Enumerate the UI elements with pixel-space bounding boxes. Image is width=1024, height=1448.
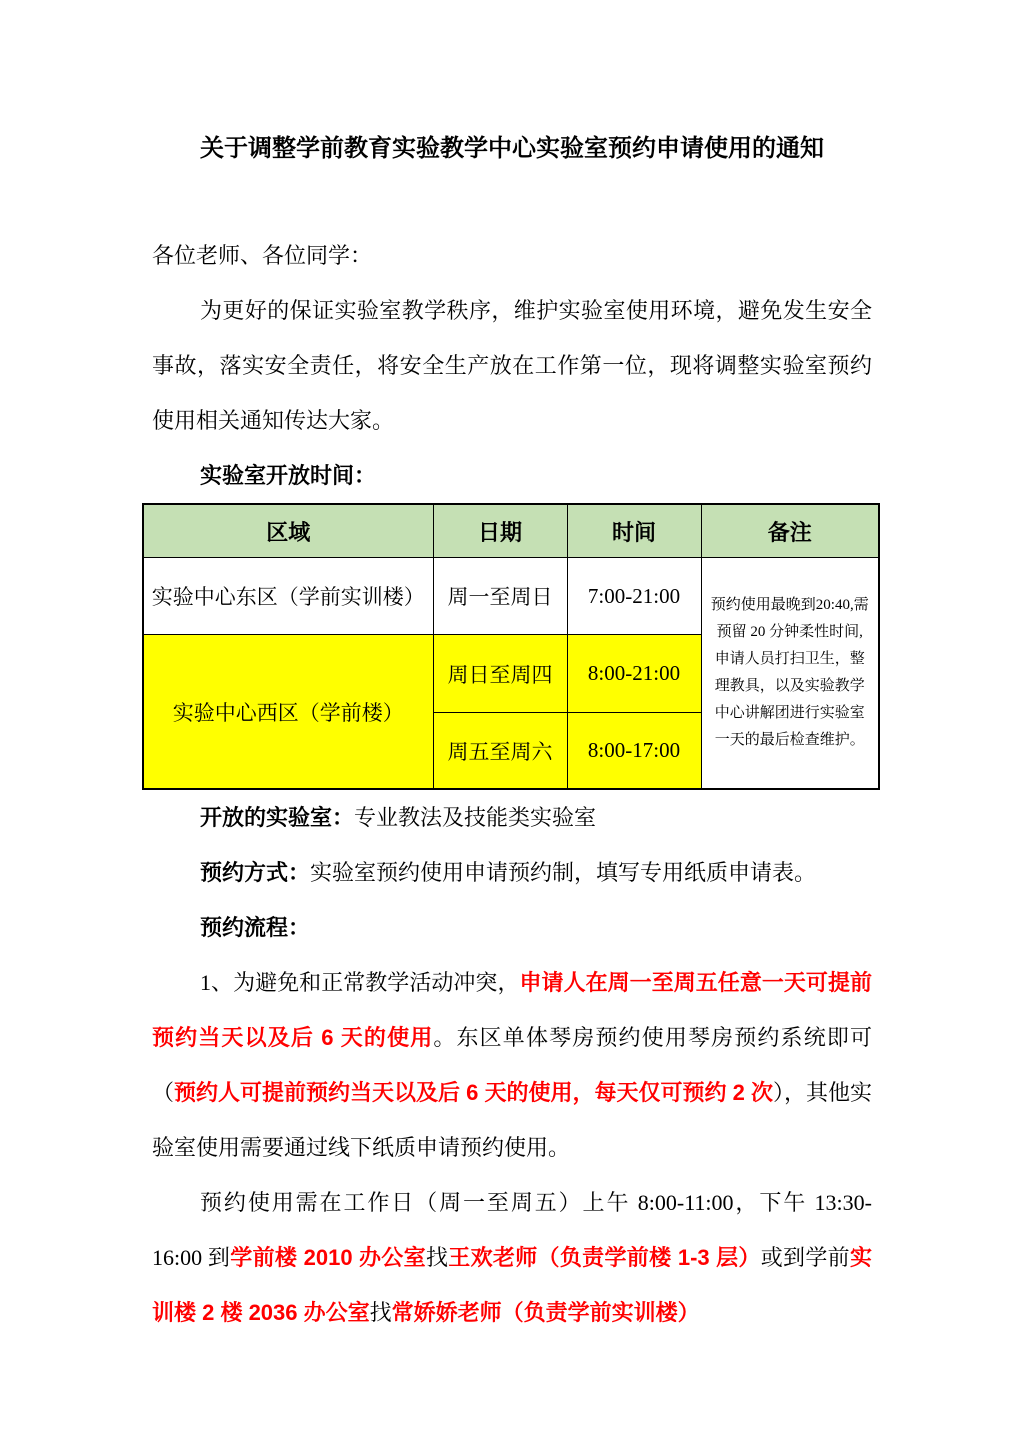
open-labs-label: 开放的实验室：: [200, 805, 354, 830]
intro-paragraph: 为更好的保证实验室教学秩序，维护实验室使用环境，避免发生安全事故，落实安全责任，…: [152, 283, 872, 448]
hours-office-1: 学前楼 2010 办公室: [230, 1245, 426, 1270]
step1-text-1: 1、为避免和正常教学活动冲突，: [200, 970, 520, 995]
header-date: 日期: [433, 504, 567, 558]
step1-highlight-2: 预约人可提前预约当天以及后 6 天的使用，每天仅可预约 2 次: [174, 1080, 773, 1105]
greeting: 各位老师、各位同学：: [152, 228, 872, 283]
east-region-cell: 实验中心东区（学前实训楼）: [143, 558, 433, 635]
document-page: 关于调整学前教育实验教学中心实验室预约申请使用的通知 各位老师、各位同学： 为更…: [0, 0, 1024, 1448]
hours-teacher-1: 王欢老师（负责学前楼 1-3 层）: [448, 1245, 760, 1270]
hours-text-4: 找: [370, 1300, 392, 1325]
remark-cell: 预约使用最晚到20:40,需预留 20 分钟柔性时间,申请人员打扫卫生，整理教具…: [701, 558, 879, 790]
open-time-heading: 实验室开放时间：: [152, 448, 872, 503]
booking-method-label: 预约方式：: [200, 860, 310, 885]
lab-open-time-table: 区域 日期 时间 备注 实验中心东区（学前实训楼） 周一至周日 7:00-21:…: [142, 503, 880, 790]
east-date-cell: 周一至周日: [433, 558, 567, 635]
table-header-row: 区域 日期 时间 备注: [143, 504, 879, 558]
booking-process-heading: 预约流程：: [152, 900, 872, 955]
table-row-east: 实验中心东区（学前实训楼） 周一至周日 7:00-21:00 预约使用最晚到20…: [143, 558, 879, 635]
process-step-1-paragraph: 1、为避免和正常教学活动冲突，申请人在周一至周五任意一天可提前预约当天以及后 6…: [152, 955, 872, 1175]
west-region-cell: 实验中心西区（学前楼）: [143, 635, 433, 790]
west-time-cell-1: 8:00-21:00: [567, 635, 701, 713]
booking-method-line: 预约方式：实验室预约使用申请预约制，填写专用纸质申请表。: [152, 845, 872, 900]
east-time-cell: 7:00-21:00: [567, 558, 701, 635]
booking-hours-paragraph: 预约使用需在工作日（周一至周五）上午 8:00-11:00，下午 13:30-1…: [152, 1175, 872, 1340]
hours-text-2: 找: [426, 1245, 448, 1270]
page-title: 关于调整学前教育实验教学中心实验室预约申请使用的通知: [152, 132, 872, 166]
header-region: 区域: [143, 504, 433, 558]
west-date-cell-2: 周五至周六: [433, 713, 567, 790]
west-date-cell-1: 周日至周四: [433, 635, 567, 713]
header-time: 时间: [567, 504, 701, 558]
open-labs-text: 专业教法及技能类实验室: [354, 805, 596, 830]
open-labs-line: 开放的实验室：专业教法及技能类实验室: [152, 790, 872, 845]
booking-process-label: 预约流程：: [200, 915, 310, 940]
hours-text-3: 或到学前: [761, 1245, 850, 1270]
booking-method-text: 实验室预约使用申请预约制，填写专用纸质申请表。: [310, 860, 816, 885]
header-remark: 备注: [701, 504, 879, 558]
west-time-cell-2: 8:00-17:00: [567, 713, 701, 790]
hours-teacher-2: 常娇娇老师（负责学前实训楼）: [392, 1300, 700, 1325]
